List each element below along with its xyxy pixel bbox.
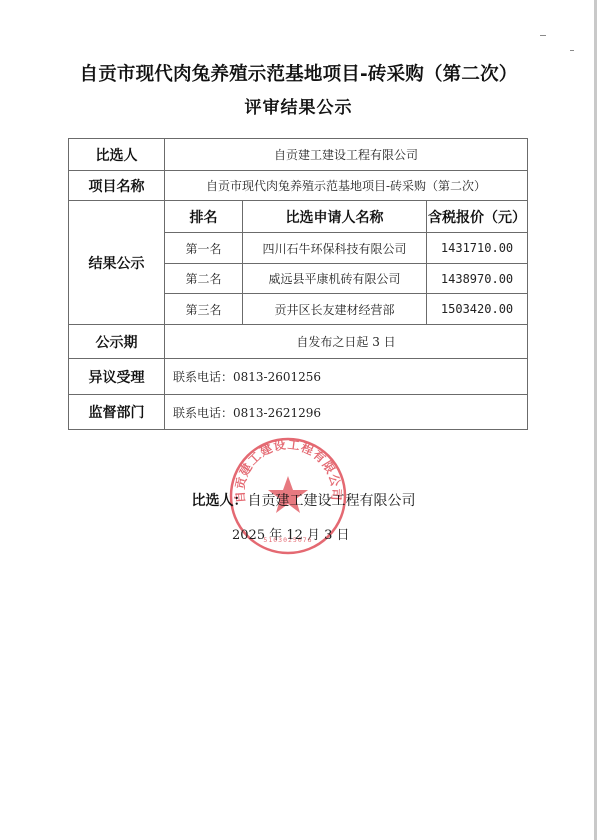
result-table: 比选人 自贡建工建设工程有限公司 项目名称 自贡市现代肉兔养殖示范基地项目-砖采…	[68, 138, 528, 430]
row-selector: 比选人 自贡建工建设工程有限公司	[69, 139, 528, 171]
value-selector: 自贡建工建设工程有限公司	[165, 139, 528, 171]
signature-line: 比选人：自贡建工建设工程有限公司	[0, 490, 597, 510]
row-project-name: 项目名称 自贡市现代肉兔养殖示范基地项目-砖采购（第二次）	[69, 171, 528, 201]
label-project-name: 项目名称	[69, 171, 165, 201]
price-cell: 1438970.00	[427, 264, 528, 294]
label-selector: 比选人	[69, 139, 165, 171]
row-period: 公示期 自发布之日起 3 日	[69, 325, 528, 359]
rank-cell: 第三名	[165, 294, 243, 325]
scan-speck	[540, 35, 546, 36]
col-header-rank: 排名	[165, 201, 243, 233]
rank-cell: 第二名	[165, 264, 243, 294]
label-period: 公示期	[69, 325, 165, 359]
signature-label: 比选人：	[192, 493, 248, 509]
scan-speck	[570, 50, 574, 51]
value-period: 自发布之日起 3 日	[165, 325, 528, 359]
label-objection: 异议受理	[69, 359, 165, 395]
results-header-row: 结果公示 排名 比选申请人名称 含税报价（元）	[69, 201, 528, 233]
signature-date: 2025 年 12 月 3 日	[232, 524, 350, 543]
price-cell: 1503420.00	[427, 294, 528, 325]
value-objection: 联系电话：0813-2601256	[165, 359, 528, 395]
label-supervision: 监督部门	[69, 395, 165, 430]
document-title: 自贡市现代肉兔养殖示范基地项目-砖采购（第二次）	[0, 60, 597, 86]
rank-cell: 第一名	[165, 233, 243, 264]
applicant-cell: 四川石牛环保科技有限公司	[243, 233, 427, 264]
document-subtitle: 评审结果公示	[0, 93, 597, 118]
value-supervision: 联系电话：0813-2621296	[165, 395, 528, 430]
applicant-cell: 贡井区长友建材经营部	[243, 294, 427, 325]
col-header-applicant: 比选申请人名称	[243, 201, 427, 233]
price-cell: 1431710.00	[427, 233, 528, 264]
row-objection: 异议受理 联系电话：0813-2601256	[69, 359, 528, 395]
value-project-name: 自贡市现代肉兔养殖示范基地项目-砖采购（第二次）	[165, 171, 528, 201]
row-supervision: 监督部门 联系电话：0813-2621296	[69, 395, 528, 430]
applicant-cell: 威远县平康机砖有限公司	[243, 264, 427, 294]
signature-company: 自贡建工建设工程有限公司	[248, 493, 416, 509]
label-results: 结果公示	[69, 201, 165, 325]
col-header-price: 含税报价（元）	[427, 201, 528, 233]
